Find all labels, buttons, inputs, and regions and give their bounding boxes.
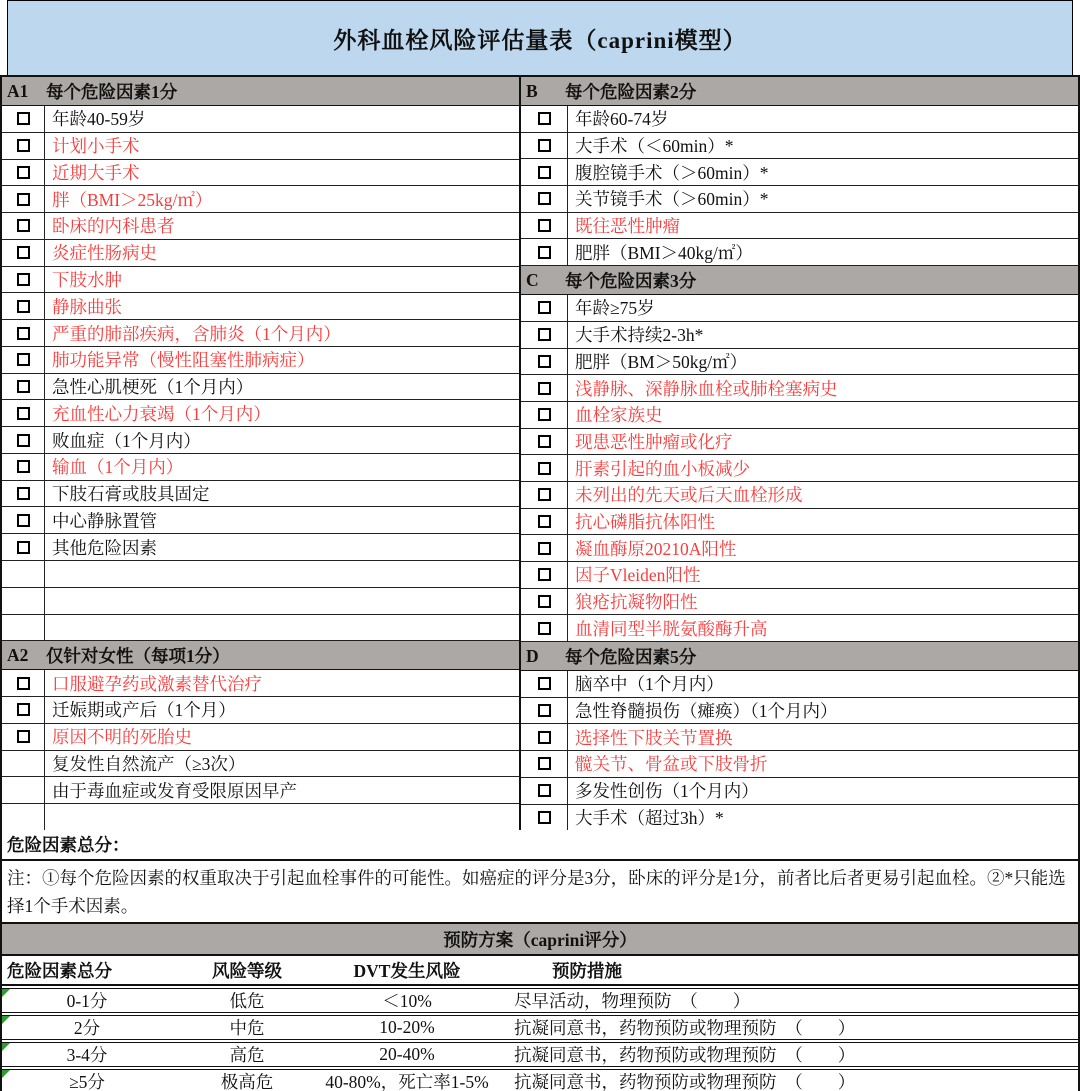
risk-factor-label: 肝素引起的血小板减少 (575, 456, 750, 481)
risk-factor-text-cell: 血栓家族史 (568, 402, 1078, 428)
checkbox[interactable] (538, 704, 551, 717)
checkbox-cell (521, 159, 568, 185)
risk-factor-row: 血清同型半胱氨酸酶升高 (521, 615, 1078, 642)
risk-factor-row: 卧床的内科患者 (2, 213, 519, 240)
checkbox[interactable] (17, 193, 30, 206)
checkbox[interactable] (538, 301, 551, 314)
risk-factor-text-cell: 下肢石膏或肢具固定 (45, 481, 519, 507)
risk-factor-row: 复发性自然流产（≥3次） (2, 751, 519, 778)
risk-factor-label: 急性心肌梗死（1个月内） (52, 374, 253, 399)
prevention-cell: 20-40% (322, 1044, 492, 1065)
checkbox[interactable] (538, 757, 551, 770)
risk-factor-label: 凝血酶原20210A阳性 (575, 536, 736, 561)
risk-factor-label: 髋关节、骨盆或下肢骨折 (575, 751, 768, 776)
checkbox[interactable] (17, 434, 30, 447)
checkbox[interactable] (17, 353, 30, 366)
section-label: 每个危险因素2分 (565, 79, 1078, 104)
section-code: A2 (2, 645, 46, 666)
cell-error-indicator-triangle (2, 1043, 10, 1051)
checkbox-cell (521, 535, 568, 561)
checkbox[interactable] (538, 677, 551, 690)
checkbox[interactable] (538, 328, 551, 341)
risk-factor-label: 下肢水肿 (52, 267, 122, 292)
prevention-row: 3-4分高危20-40%抗凝同意书，药物预防或物理预防 （ ） (2, 1042, 1078, 1067)
checkbox[interactable] (17, 407, 30, 420)
cell-error-indicator-triangle (2, 1070, 10, 1078)
risk-factor-label: 现患恶性肿瘤或化疗 (575, 429, 733, 454)
checkbox[interactable] (17, 327, 30, 340)
risk-factor-text-cell: 凝血酶原20210A阳性 (568, 535, 1078, 561)
risk-factor-text-cell: 关节镜手术（＞60min）* (568, 186, 1078, 212)
checkbox[interactable] (538, 784, 551, 797)
prevention-column-header: DVT发生风险 (322, 958, 492, 983)
risk-factor-row: 肥胖（BMI＞40kg/㎡） (521, 239, 1078, 266)
risk-factor-label: 败血症（1个月内） (52, 428, 201, 453)
checkbox[interactable] (17, 514, 30, 527)
checkbox-cell (521, 375, 568, 401)
section-header-b: B每个危险因素2分 (521, 77, 1078, 106)
risk-factor-row: 肝素引起的血小板减少 (521, 455, 1078, 482)
risk-factor-text-cell: 血清同型半胱氨酸酶升高 (568, 615, 1078, 641)
checkbox-cell (521, 239, 568, 265)
checkbox[interactable] (17, 166, 30, 179)
form-title: 外科血栓风险评估量表（caprini模型） (7, 0, 1073, 75)
risk-factor-row: 大手术（超过3h）* (521, 805, 1078, 831)
risk-factor-label: 胖（BMI＞25kg/㎡） (52, 187, 212, 212)
checkbox-cell (2, 213, 45, 239)
risk-factor-row: 年龄60-74岁 (521, 106, 1078, 133)
checkbox[interactable] (538, 382, 551, 395)
risk-factor-label: 复发性自然流产（≥3次） (52, 751, 245, 776)
risk-factor-row: 由于毒血症或发育受限原因早产 (2, 777, 519, 804)
checkbox-cell (2, 106, 45, 132)
checkbox[interactable] (538, 622, 551, 635)
checkbox-cell (2, 347, 45, 373)
checkbox[interactable] (17, 460, 30, 473)
risk-factor-text-cell: 脑卒中（1个月内） (568, 671, 1078, 697)
risk-factor-text-cell: 败血症（1个月内） (45, 427, 519, 453)
risk-factor-label: 急性脊髓损伤（瘫痪）（1个月内） (575, 698, 838, 723)
risk-factor-table: A1每个危险因素1分年龄40-59岁计划小手术近期大手术胖（BMI＞25kg/㎡… (0, 75, 1080, 830)
section-header-c: C每个危险因素3分 (521, 266, 1078, 295)
checkbox[interactable] (17, 219, 30, 232)
checkbox-cell (521, 295, 568, 321)
risk-factor-row: 下肢水肿 (2, 267, 519, 294)
prevention-header-row: 危险因素总分风险等级DVT发生风险预防措施 (2, 956, 1078, 986)
risk-factor-text-cell (45, 588, 519, 614)
risk-factor-label: 多发性创伤（1个月内） (575, 778, 759, 803)
checkbox[interactable] (538, 192, 551, 205)
risk-factor-label: 肺功能异常（慢性阻塞性肺病症） (52, 347, 315, 372)
risk-factor-text-cell (45, 804, 519, 830)
section-label: 每个危险因素3分 (565, 268, 1078, 293)
prevention-cell: 2分 (2, 1015, 172, 1040)
prevention-column-header: 预防措施 (492, 958, 1078, 983)
risk-factor-row: 口服避孕药或激素替代治疗 (2, 670, 519, 697)
risk-factor-row: 腹腔镜手术（＞60min）* (521, 159, 1078, 186)
risk-factor-text-cell: 充血性心力衰竭（1个月内） (45, 400, 519, 426)
checkbox[interactable] (538, 139, 551, 152)
checkbox[interactable] (538, 246, 551, 259)
risk-factor-text-cell: 腹腔镜手术（＞60min）* (568, 159, 1078, 185)
risk-factor-text-cell: 浅静脉、深静脉血栓或肺栓塞病史 (568, 375, 1078, 401)
risk-factor-text-cell: 大手术（＜60min）* (568, 133, 1078, 159)
risk-factor-label: 未列出的先天或后天血栓形成 (575, 482, 803, 507)
checkbox-cell (2, 293, 45, 319)
risk-factor-label: 年龄60-74岁 (575, 106, 668, 131)
risk-factor-row (2, 615, 519, 642)
checkbox-cell (2, 670, 45, 696)
risk-factor-text-cell: 肺功能异常（慢性阻塞性肺病症） (45, 347, 519, 373)
risk-factor-text-cell: 既往恶性肿瘤 (568, 213, 1078, 239)
prevention-cell: 尽早活动，物理预防 （ ） (492, 988, 1078, 1013)
checkbox-cell (521, 133, 568, 159)
checkbox[interactable] (17, 487, 30, 500)
checkbox[interactable] (17, 112, 30, 125)
risk-factor-text-cell: 炎症性肠病史 (45, 240, 519, 266)
risk-factor-row: 急性脊髓损伤（瘫痪）（1个月内） (521, 698, 1078, 725)
risk-factor-label: 近期大手术 (52, 160, 140, 185)
risk-factor-label: 由于毒血症或发育受限原因早产 (52, 778, 297, 803)
checkbox-cell (521, 589, 568, 615)
risk-factor-text-cell: 胖（BMI＞25kg/㎡） (45, 186, 519, 212)
risk-factor-label: 关节镜手术（＞60min）* (575, 186, 768, 211)
checkbox-cell (2, 561, 45, 587)
risk-factor-text-cell (45, 561, 519, 587)
risk-factor-text-cell: 卧床的内科患者 (45, 213, 519, 239)
risk-factor-label: 既往恶性肿瘤 (575, 213, 680, 238)
prevention-cell: 10-20% (322, 1017, 492, 1038)
risk-factor-text-cell: 急性心肌梗死（1个月内） (45, 374, 519, 400)
prevention-cell: 抗凝同意书，药物预防或物理预防 （ ） (492, 1042, 1078, 1067)
section-code: C (521, 270, 565, 291)
checkbox[interactable] (17, 139, 30, 152)
risk-factor-text-cell: 多发性创伤（1个月内） (568, 778, 1078, 804)
checkbox-cell (2, 724, 45, 750)
risk-factor-row: 严重的肺部疾病，含肺炎（1个月内） (2, 320, 519, 347)
checkbox-cell (521, 805, 568, 831)
prevention-cell: 中危 (172, 1015, 322, 1040)
checkbox-cell (2, 588, 45, 614)
risk-factor-label: 大手术（＜60min）* (575, 133, 733, 158)
checkbox-cell (521, 778, 568, 804)
checkbox-cell (521, 671, 568, 697)
cell-error-indicator-triangle (2, 1016, 10, 1024)
risk-factor-row: 近期大手术 (2, 160, 519, 187)
checkbox-cell (2, 400, 45, 426)
risk-factor-text-cell: 口服避孕药或激素替代治疗 (45, 670, 519, 696)
checkbox[interactable] (17, 380, 30, 393)
risk-factor-row: 急性心肌梗死（1个月内） (2, 374, 519, 401)
risk-factor-row: 下肢石膏或肢具固定 (2, 481, 519, 508)
risk-factor-row: 中心静脉置管 (2, 507, 519, 534)
prevention-row: 2分中危10-20%抗凝同意书，药物预防或物理预防 （ ） (2, 1015, 1078, 1040)
risk-factor-row: 静脉曲张 (2, 293, 519, 320)
prevention-cell: 高危 (172, 1042, 322, 1067)
checkbox[interactable] (538, 112, 551, 125)
prevention-cell: ≥5分 (2, 1069, 172, 1091)
risk-factor-text-cell: 严重的肺部疾病，含肺炎（1个月内） (45, 320, 519, 346)
prevention-cell: 3-4分 (2, 1042, 172, 1067)
risk-factor-row: 抗心磷脂抗体阳性 (521, 509, 1078, 536)
prevention-column-header: 危险因素总分 (2, 958, 172, 983)
right-column: B每个危险因素2分年龄60-74岁大手术（＜60min）*腹腔镜手术（＞60mi… (521, 77, 1078, 830)
risk-factor-text-cell: 未列出的先天或后天血栓形成 (568, 482, 1078, 508)
section-label: 每个危险因素5分 (565, 644, 1078, 669)
risk-factor-row: 髋关节、骨盆或下肢骨折 (521, 751, 1078, 778)
risk-factor-text-cell: 迁娠期或产后（1个月） (45, 697, 519, 723)
risk-factor-row: 迁娠期或产后（1个月） (2, 697, 519, 724)
risk-factor-label: 肥胖（BMI＞40kg/㎡） (575, 240, 753, 265)
risk-factor-row: 大手术（＜60min）* (521, 133, 1078, 160)
risk-factor-text-cell: 计划小手术 (45, 133, 519, 159)
checkbox-cell (521, 429, 568, 455)
risk-factor-text-cell: 年龄≥75岁 (568, 295, 1078, 321)
risk-factor-row (2, 804, 519, 830)
risk-factor-label: 肥胖（BM＞50kg/㎡） (575, 349, 747, 374)
risk-factor-label: 血栓家族史 (575, 402, 663, 427)
risk-factor-text-cell: 复发性自然流产（≥3次） (45, 751, 519, 777)
checkbox[interactable] (17, 730, 30, 743)
prevention-table: 危险因素总分风险等级DVT发生风险预防措施0-1分低危＜10%尽早活动，物理预防… (0, 956, 1080, 1091)
risk-factor-row: 狼疮抗凝物阳性 (521, 589, 1078, 616)
risk-factor-label: 炎症性肠病史 (52, 240, 157, 265)
checkbox[interactable] (538, 731, 551, 744)
risk-factor-text-cell: 由于毒血症或发育受限原因早产 (45, 777, 519, 803)
risk-factor-label: 年龄40-59岁 (52, 106, 145, 131)
risk-factor-row: 选择性下肢关节置换 (521, 724, 1078, 751)
checkbox-cell (2, 507, 45, 533)
risk-factor-row: 关节镜手术（＞60min）* (521, 186, 1078, 213)
section-code: D (521, 646, 565, 667)
risk-factor-row: 大手术持续2-3h* (521, 322, 1078, 349)
risk-factor-row: 血栓家族史 (521, 402, 1078, 429)
checkbox[interactable] (538, 811, 551, 824)
section-header-a1: A1每个危险因素1分 (2, 77, 519, 106)
checkbox[interactable] (538, 595, 551, 608)
checkbox[interactable] (538, 462, 551, 475)
risk-factor-row: 凝血酶原20210A阳性 (521, 535, 1078, 562)
section-label: 仅针对女性（每项1分） (46, 643, 519, 668)
checkbox[interactable] (17, 703, 30, 716)
risk-factor-label: 大手术（超过3h）* (575, 805, 724, 830)
risk-factor-row: 现患恶性肿瘤或化疗 (521, 429, 1078, 456)
risk-factor-label: 腹腔镜手术（＞60min）* (575, 160, 768, 185)
risk-factor-text-cell: 急性脊髓损伤（瘫痪）（1个月内） (568, 698, 1078, 724)
risk-factor-text-cell: 肝素引起的血小板减少 (568, 455, 1078, 481)
risk-factor-text-cell: 年龄60-74岁 (568, 106, 1078, 132)
risk-factor-row: 年龄40-59岁 (2, 106, 519, 133)
checkbox-cell (521, 751, 568, 777)
checkbox-cell (521, 186, 568, 212)
prevention-cell: 0-1分 (2, 988, 172, 1013)
left-column: A1每个危险因素1分年龄40-59岁计划小手术近期大手术胖（BMI＞25kg/㎡… (2, 77, 521, 830)
checkbox-cell (521, 615, 568, 641)
risk-factor-row: 输血（1个月内） (2, 454, 519, 481)
section-label: 每个危险因素1分 (46, 79, 519, 104)
risk-factor-text-cell: 下肢水肿 (45, 267, 519, 293)
risk-factor-row: 肺功能异常（慢性阻塞性肺病症） (2, 347, 519, 374)
risk-factor-text-cell: 肥胖（BM＞50kg/㎡） (568, 349, 1078, 375)
checkbox-cell (2, 751, 45, 777)
checkbox-cell (2, 427, 45, 453)
total-score-row: 危险因素总分： (0, 830, 1080, 861)
risk-factor-label: 抗心磷脂抗体阳性 (575, 509, 715, 534)
risk-factor-text-cell: 输血（1个月内） (45, 454, 519, 480)
checkbox[interactable] (538, 515, 551, 528)
checkbox-cell (521, 402, 568, 428)
risk-factor-row (2, 588, 519, 615)
risk-factor-label: 原因不明的死胎史 (52, 724, 192, 749)
section-code: A1 (2, 81, 46, 102)
checkbox-cell (521, 482, 568, 508)
checkbox-cell (521, 322, 568, 348)
section-header-d: D每个危险因素5分 (521, 642, 1078, 671)
risk-factor-label: 口服避孕药或激素替代治疗 (52, 671, 262, 696)
checkbox-cell (2, 186, 45, 212)
checkbox-cell (521, 349, 568, 375)
risk-factor-text-cell: 大手术（超过3h）* (568, 805, 1078, 831)
checkbox-cell (2, 374, 45, 400)
checkbox-cell (2, 160, 45, 186)
checkbox-cell (2, 777, 45, 803)
checkbox[interactable] (17, 246, 30, 259)
checkbox-cell (2, 804, 45, 830)
prevention-cell: 抗凝同意书，药物预防或物理预防 （ ） (492, 1069, 1078, 1091)
checkbox-cell (2, 454, 45, 480)
note-text: 注：①每个危险因素的权重取决于引起血栓事件的可能性。如癌症的评分是3分，卧床的评… (0, 861, 1080, 924)
risk-factor-label: 血清同型半胱氨酸酶升高 (575, 616, 768, 641)
risk-factor-label: 计划小手术 (52, 133, 140, 158)
checkbox-cell (521, 698, 568, 724)
risk-factor-label: 浅静脉、深静脉血栓或肺栓塞病史 (575, 376, 838, 401)
risk-factor-text-cell: 近期大手术 (45, 160, 519, 186)
prevention-title: 预防方案（caprini评分） (0, 924, 1080, 956)
checkbox-cell (521, 213, 568, 239)
risk-factor-row (2, 561, 519, 588)
checkbox[interactable] (538, 166, 551, 179)
risk-factor-text-cell: 髋关节、骨盆或下肢骨折 (568, 751, 1078, 777)
risk-factor-label: 狼疮抗凝物阳性 (575, 589, 698, 614)
risk-factor-text-cell: 因子Vleiden阳性 (568, 562, 1078, 588)
checkbox-cell (2, 534, 45, 560)
prevention-row: 0-1分低危＜10%尽早活动，物理预防 （ ） (2, 988, 1078, 1013)
checkbox[interactable] (17, 273, 30, 286)
checkbox-cell (2, 481, 45, 507)
risk-factor-text-cell: 现患恶性肿瘤或化疗 (568, 429, 1078, 455)
risk-factor-text-cell: 大手术持续2-3h* (568, 322, 1078, 348)
total-score-label: 危险因素总分： (7, 832, 130, 857)
risk-factor-row: 胖（BMI＞25kg/㎡） (2, 186, 519, 213)
risk-factor-label: 脑卒中（1个月内） (575, 671, 724, 696)
checkbox-cell (2, 240, 45, 266)
risk-factor-text-cell: 中心静脉置管 (45, 507, 519, 533)
checkbox[interactable] (17, 541, 30, 554)
caprini-assessment-form: 外科血栓风险评估量表（caprini模型） A1每个危险因素1分年龄40-59岁… (0, 0, 1080, 1091)
checkbox-cell (2, 697, 45, 723)
checkbox[interactable] (538, 542, 551, 555)
risk-factor-text-cell (45, 615, 519, 641)
risk-factor-label: 迁娠期或产后（1个月） (52, 697, 236, 722)
risk-factor-row: 肥胖（BM＞50kg/㎡） (521, 349, 1078, 376)
risk-factor-label: 静脉曲张 (52, 294, 122, 319)
checkbox[interactable] (538, 355, 551, 368)
risk-factor-row: 多发性创伤（1个月内） (521, 778, 1078, 805)
risk-factor-text-cell: 狼疮抗凝物阳性 (568, 589, 1078, 615)
checkbox[interactable] (538, 219, 551, 232)
risk-factor-text-cell: 选择性下肢关节置换 (568, 724, 1078, 750)
risk-factor-label: 输血（1个月内） (52, 454, 183, 479)
risk-factor-label: 选择性下肢关节置换 (575, 725, 733, 750)
prevention-row: ≥5分极高危40-80%，死亡率1-5%抗凝同意书，药物预防或物理预防 （ ） (2, 1069, 1078, 1091)
risk-factor-label: 充血性心力衰竭（1个月内） (52, 401, 271, 426)
risk-factor-label: 下肢石膏或肢具固定 (52, 481, 210, 506)
risk-factor-text-cell: 原因不明的死胎史 (45, 724, 519, 750)
risk-factor-row: 既往恶性肿瘤 (521, 213, 1078, 240)
checkbox[interactable] (538, 408, 551, 421)
risk-factor-row: 充血性心力衰竭（1个月内） (2, 400, 519, 427)
checkbox-cell (521, 724, 568, 750)
checkbox-cell (2, 615, 45, 641)
risk-factor-row: 炎症性肠病史 (2, 240, 519, 267)
risk-factor-row: 年龄≥75岁 (521, 295, 1078, 322)
risk-factor-text-cell: 其他危险因素 (45, 534, 519, 560)
risk-factor-label: 中心静脉置管 (52, 508, 157, 533)
checkbox[interactable] (538, 568, 551, 581)
risk-factor-label: 卧床的内科患者 (52, 213, 175, 238)
risk-factor-label: 严重的肺部疾病，含肺炎（1个月内） (52, 321, 341, 346)
risk-factor-text-cell: 肥胖（BMI＞40kg/㎡） (568, 239, 1078, 265)
risk-factor-label: 年龄≥75岁 (575, 295, 655, 320)
checkbox-cell (2, 320, 45, 346)
prevention-column-header: 风险等级 (172, 958, 322, 983)
risk-factor-row: 其他危险因素 (2, 534, 519, 561)
checkbox-cell (2, 267, 45, 293)
risk-factor-text-cell: 抗心磷脂抗体阳性 (568, 509, 1078, 535)
risk-factor-row: 败血症（1个月内） (2, 427, 519, 454)
checkbox-cell (521, 562, 568, 588)
risk-factor-row: 原因不明的死胎史 (2, 724, 519, 751)
risk-factor-label: 因子Vleiden阳性 (575, 562, 700, 587)
checkbox[interactable] (538, 435, 551, 448)
risk-factor-label: 大手术持续2-3h* (575, 322, 703, 347)
risk-factor-row: 浅静脉、深静脉血栓或肺栓塞病史 (521, 375, 1078, 402)
cell-error-indicator-triangle (2, 989, 10, 997)
risk-factor-row: 计划小手术 (2, 133, 519, 160)
prevention-cell: 抗凝同意书，药物预防或物理预防 （ ） (492, 1015, 1078, 1040)
risk-factor-row: 脑卒中（1个月内） (521, 671, 1078, 698)
checkbox-cell (521, 509, 568, 535)
checkbox-cell (521, 106, 568, 132)
prevention-cell: ＜10% (322, 988, 492, 1013)
section-header-a2: A2仅针对女性（每项1分） (2, 641, 519, 670)
risk-factor-label: 其他危险因素 (52, 535, 157, 560)
prevention-cell: 极高危 (172, 1069, 322, 1091)
checkbox[interactable] (17, 677, 30, 690)
section-code: B (521, 81, 565, 102)
prevention-cell: 40-80%，死亡率1-5% (322, 1069, 492, 1091)
checkbox[interactable] (538, 488, 551, 501)
risk-factor-text-cell: 年龄40-59岁 (45, 106, 519, 132)
checkbox-cell (521, 455, 568, 481)
risk-factor-row: 因子Vleiden阳性 (521, 562, 1078, 589)
prevention-cell: 低危 (172, 988, 322, 1013)
risk-factor-text-cell: 静脉曲张 (45, 293, 519, 319)
checkbox[interactable] (17, 300, 30, 313)
checkbox-cell (2, 133, 45, 159)
risk-factor-row: 未列出的先天或后天血栓形成 (521, 482, 1078, 509)
